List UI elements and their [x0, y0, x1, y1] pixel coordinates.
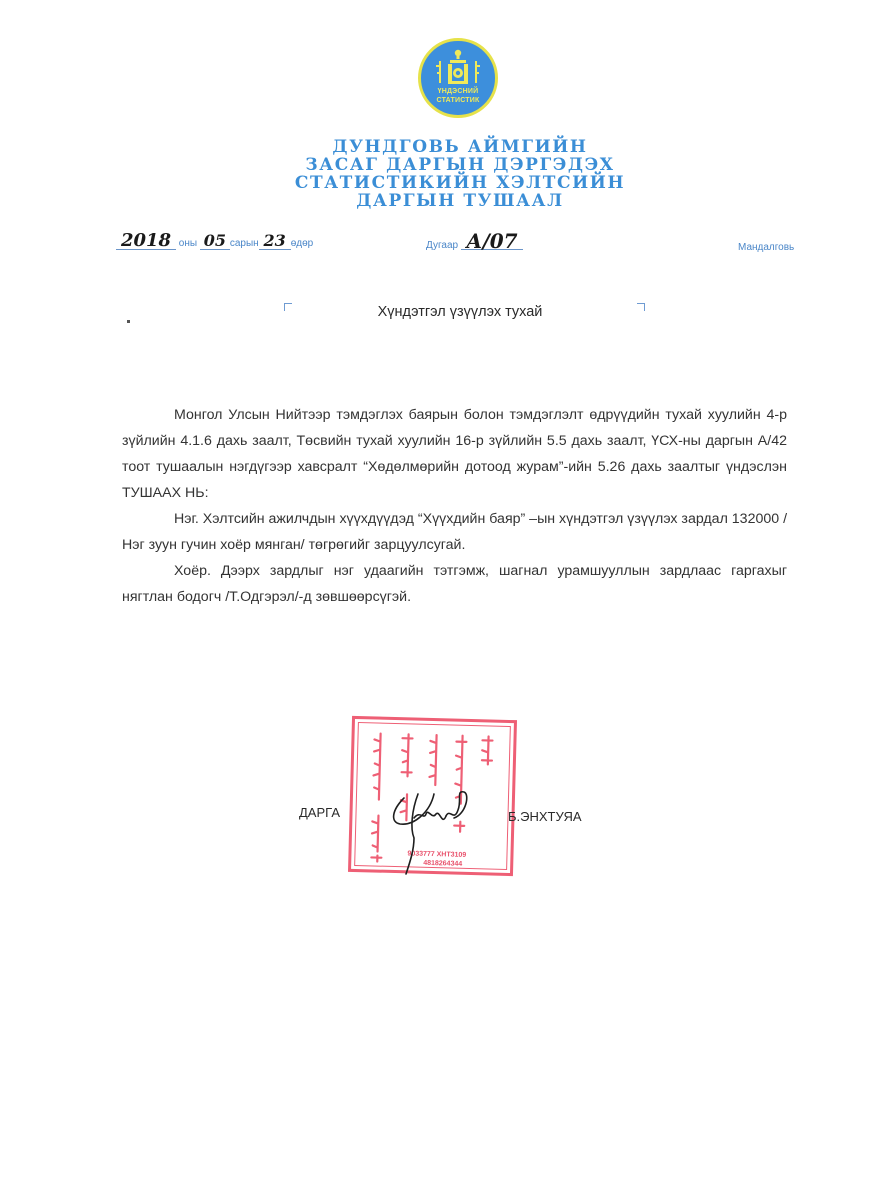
date-day: 23	[259, 233, 291, 250]
scan-speck	[127, 320, 130, 323]
order-number-value: А/07	[461, 233, 523, 250]
order-date: 2018 оны 05сарын23өдөр	[116, 233, 313, 250]
heading-line: ЗАСАГ ДАРГЫН ДЭРГЭДЭХ	[260, 156, 660, 174]
order-number-label: Дугаар	[426, 240, 458, 251]
handwritten-signature-icon	[384, 770, 484, 880]
order-subject: Хүндэтгэл үзүүлэх тухай	[300, 304, 620, 320]
date-year: 2018	[116, 233, 176, 250]
date-month: 05	[200, 233, 230, 250]
date-year-suffix: оны	[179, 238, 197, 249]
national-statistics-emblem-icon: ҮНДЭСНИЙ СТАТИСТИК	[418, 38, 498, 118]
subject-bracket-right	[637, 303, 645, 311]
heading-line: ДАРГЫН ТУШААЛ	[260, 192, 660, 210]
body-paragraph-item-1: Нэг. Хэлтсийн ажилчдын хүүхдүүдэд “Хүүхд…	[122, 506, 787, 558]
subject-bracket-left	[284, 303, 292, 311]
emblem-text-line2: СТАТИСТИК	[421, 97, 495, 105]
order-place: Мандалговь	[738, 242, 794, 253]
signatory-title: ДАРГА	[299, 805, 340, 820]
signatory-name: Б.ЭНХТУЯА	[508, 809, 582, 824]
emblem-text-line1: ҮНДЭСНИЙ	[421, 88, 495, 96]
organization-heading: ДУНДГОВЬ АЙМГИЙН ЗАСАГ ДАРГЫН ДЭРГЭДЭХ С…	[260, 138, 660, 210]
order-number: Дугаар А/07	[426, 233, 523, 251]
body-paragraph-item-2: Хоёр. Дээрх зардлыг нэг удаагийн тэтгэмж…	[122, 558, 787, 610]
date-day-suffix: өдөр	[291, 238, 314, 249]
body-paragraph-preamble: Монгол Улсын Нийтээр тэмдэглэх баярын бо…	[122, 402, 787, 506]
date-month-suffix: сарын	[230, 238, 259, 249]
heading-line: ДУНДГОВЬ АЙМГИЙН	[260, 138, 660, 156]
heading-line: СТАТИСТИКИЙН ХЭЛТСИЙН	[260, 174, 660, 192]
order-body: Монгол Улсын Нийтээр тэмдэглэх баярын бо…	[122, 402, 787, 610]
